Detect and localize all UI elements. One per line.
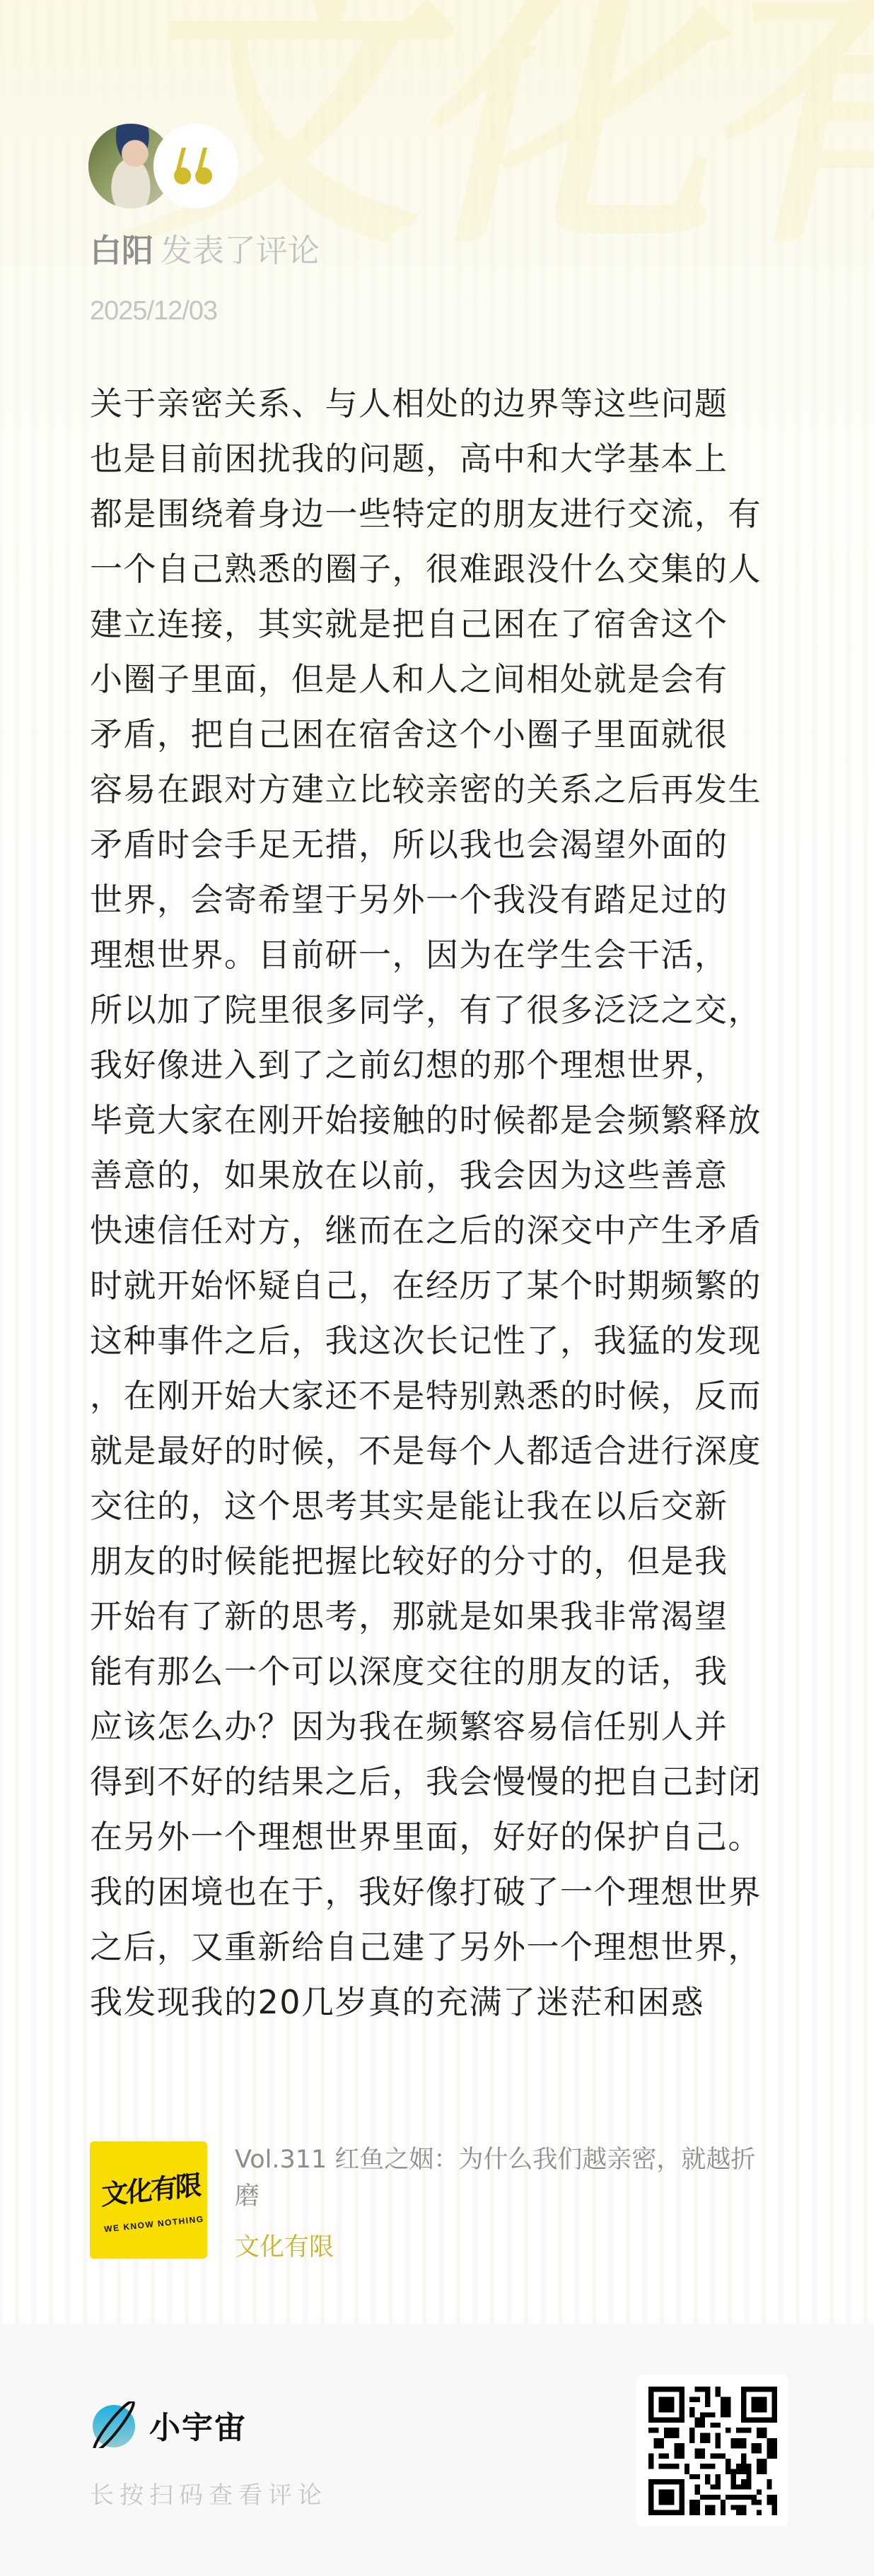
comment-share-card: 文化有限 白阳发表了评论 2025/12/03 关于亲密关系、与人相处的边界等这… <box>0 0 874 2324</box>
author-line: 白阳发表了评论 <box>90 230 320 272</box>
comment-line: 就是最好的时候，不是每个人都适合进行深度 <box>90 1423 783 1478</box>
footer: 小宇宙 长按扫码查看评论 <box>0 2324 874 2576</box>
comment-line: 所以加了院里很多同学，有了很多泛泛之交， <box>90 982 783 1037</box>
comment-line: 矛盾，把自己困在宿舍这个小圈子里面就很 <box>90 707 783 762</box>
qr-code-icon <box>648 2387 777 2515</box>
comment-line: 建立连接，其实就是把自己困在了宿舍这个 <box>90 596 783 652</box>
comment-line: 关于亲密关系、与人相处的边界等这些问题 <box>90 376 783 431</box>
podcast-cover: 文化有限 WE KNOW NOTHING <box>90 2141 207 2259</box>
comment-line: 矛盾时会手足无措，所以我也会渴望外面的 <box>90 817 783 872</box>
comment-line: 毕竟大家在刚开始接触的时候都是会频繁释放 <box>90 1093 783 1148</box>
comment-line: 朋友的时候能把握比较好的分寸的，但是我 <box>90 1534 783 1589</box>
episode-title: Vol.311 红鱼之姻：为什么我们越亲密，就越折磨 <box>235 2141 772 2215</box>
comment-line: 我好像进入到了之前幻想的那个理想世界， <box>90 1037 783 1093</box>
comment-line: 我发现我的20几岁真的充满了迷茫和困惑 <box>90 1975 783 2030</box>
comment-line: 在另外一个理想世界里面，好好的保护自己。 <box>90 1809 783 1864</box>
comment-line: 交往的，这个思考其实是能让我在以后交新 <box>90 1478 783 1534</box>
comment-line: 我的困境也在于，我好像打破了一个理想世界 <box>90 1864 783 1919</box>
comment-line: 应该怎么办？因为我在频繁容易信任别人并 <box>90 1699 783 1754</box>
qr-code-box[interactable] <box>636 2375 788 2527</box>
comment-line: 理想世界。目前研一，因为在学生会干活， <box>90 927 783 982</box>
quote-icon <box>173 146 218 186</box>
author-action: 发表了评论 <box>161 232 320 269</box>
comment-line: 容易在跟对方建立比较亲密的关系之后再发生 <box>90 762 783 817</box>
brand-name: 小宇宙 <box>149 2402 247 2447</box>
quote-badge <box>153 124 238 208</box>
comment-line: 开始有了新的思考，那就是如果我非常渴望 <box>90 1589 783 1644</box>
comment-line: 善意的，如果放在以前，我会因为这些善意 <box>90 1148 783 1203</box>
comment-line: 快速信任对方，继而在之后的深交中产生矛盾 <box>90 1203 783 1258</box>
channel-name: 文化有限 <box>235 2230 334 2264</box>
brand-logo: 小宇宙 <box>88 2401 247 2448</box>
comment-line: 得到不好的结果之后，我会慢慢的把自己封闭 <box>90 1754 783 1809</box>
author-name[interactable]: 白阳 <box>90 232 153 269</box>
podcast-episode-card[interactable]: 文化有限 WE KNOW NOTHING Vol.311 红鱼之姻：为什么我们越… <box>90 2141 783 2260</box>
planet-logo-icon <box>88 2401 142 2448</box>
comment-date: 2025/12/03 <box>90 293 217 329</box>
cover-subtitle: WE KNOW NOTHING <box>104 2214 205 2235</box>
background-cover-art: 文化有限 <box>109 0 874 261</box>
comment-line: 小圈子里面，但是人和人之间相处就是会有 <box>90 652 783 707</box>
comment-line: 也是目前困扰我的问题，高中和大学基本上 <box>90 431 783 486</box>
comment-line: 时就开始怀疑自己，在经历了某个时期频繁的 <box>90 1258 783 1313</box>
comment-line: 这种事件之后，我这次长记性了，我猛的发现 <box>90 1313 783 1368</box>
scan-hint: 长按扫码查看评论 <box>90 2476 327 2510</box>
comment-body: 关于亲密关系、与人相处的边界等这些问题 也是目前困扰我的问题，高中和大学基本上 … <box>90 376 783 2030</box>
comment-line: ，在刚开始大家还不是特别熟悉的时候，反而 <box>90 1368 783 1423</box>
cover-title: 文化有限 <box>101 2172 199 2209</box>
comment-line: 能有那么一个可以深度交往的朋友的话，我 <box>90 1644 783 1699</box>
comment-line: 世界，会寄希望于另外一个我没有踏足过的 <box>90 872 783 927</box>
comment-line: 都是围绕着身边一些特定的朋友进行交流，有 <box>90 486 783 541</box>
comment-line: 之后，又重新给自己建了另外一个理想世界， <box>90 1919 783 1975</box>
comment-line: 一个自己熟悉的圈子，很难跟没什么交集的人 <box>90 541 783 596</box>
